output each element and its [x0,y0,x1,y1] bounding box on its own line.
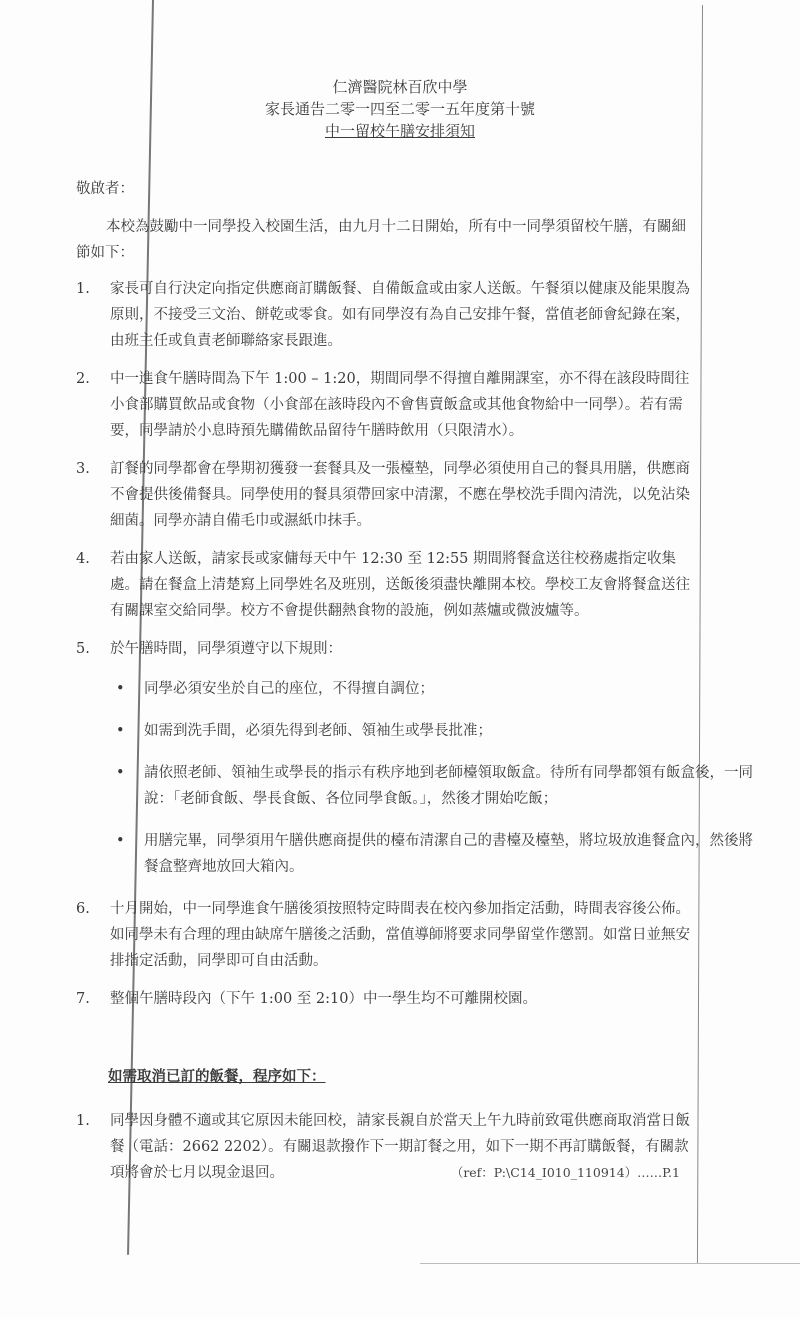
rule-text: 同學必須安坐於自己的座位，不得擅自調位； [144,681,434,697]
notice-title: 中一留校午膳安排須知 [0,120,800,142]
rule-item: •如需到洗手間，必須先得到老師、領袖生或學長批准； [82,718,766,744]
scan-line-bottom [420,1263,800,1264]
item-number: 7. [76,986,104,1012]
bullet-icon: • [116,718,125,744]
bullet-icon: • [116,676,125,702]
item-text: 若由家人送飯，請家長或家傭每天中午 12:30 至 12:55 期間將餐盒送往校… [110,551,690,619]
document-header: 仁濟醫院林百欣中學 家長通告二零一四至二零一五年度第十號 中一留校午膳安排須知 [0,76,800,142]
item-number: 5. [76,636,104,662]
cancel-section-title: 如需取消已訂的飯餐，程序如下： [108,1064,696,1090]
rules-list: •同學必須安坐於自己的座位，不得擅自調位； •如需到洗手間，必須先得到老師、領袖… [110,676,696,880]
item-number: 2. [76,366,104,392]
salutation: 敬啟者： [76,176,696,202]
bullet-icon: • [116,760,125,786]
list-item: 7.整個午膳時段內（下午 1:00 至 2:10）中一學生均不可離開校園。 [76,986,696,1012]
notice-number: 家長通告二零一四至二零一五年度第十號 [0,98,800,120]
item-number: 6. [76,896,104,922]
list-item: 4.若由家人送飯，請家長或家傭每天中午 12:30 至 12:55 期間將餐盒送… [76,546,696,624]
item-number: 1. [76,276,104,302]
list-item: 6.十月開始，中一同學進食午膳後須按照特定時間表在校內參加指定活動，時間表容後公… [76,896,696,974]
item-number: 3. [76,456,104,482]
item-text: 中一進食午膳時間為下午 1:00 – 1:20，期間同學不得擅自離開課室，亦不得… [110,371,689,439]
item-number: 4. [76,546,104,572]
footer-reference: （ref：P:\C14_I010_110914）……P.1 [451,1163,680,1181]
scan-line-right [697,5,703,1263]
rule-item: •同學必須安坐於自己的座位，不得擅自調位； [82,676,766,702]
item-text: 整個午膳時段內（下午 1:00 至 2:10）中一學生均不可離開校園。 [110,991,537,1007]
list-item: 5.於午膳時間，同學須遵守以下規則： •同學必須安坐於自己的座位，不得擅自調位；… [76,636,696,880]
list-item: 2.中一進食午膳時間為下午 1:00 – 1:20，期間同學不得擅自離開課室，亦… [76,366,696,444]
item-text: 十月開始，中一同學進食午膳後須按照特定時間表在校內參加指定活動，時間表容後公佈。… [110,901,690,969]
list-item: 1.家長可自行決定向指定供應商訂購飯餐、自備飯盒或由家人送飯。午餐須以健康及能果… [76,276,696,354]
rule-text: 如需到洗手間，必須先得到老師、領袖生或學長批准； [144,723,492,739]
arrangement-list: 1.家長可自行決定向指定供應商訂購飯餐、自備飯盒或由家人送飯。午餐須以健康及能果… [76,276,696,1012]
item-text: 家長可自行決定向指定供應商訂購飯餐、自備飯盒或由家人送飯。午餐須以健康及能果腹為… [110,281,690,349]
rule-item: •請依照老師、領袖生或學長的指示有秩序地到老師檯領取飯盒。待所有同學都領有飯盒後… [82,760,766,812]
item-text: 於午膳時間，同學須遵守以下規則： [110,641,342,657]
rule-text: 請依照老師、領袖生或學長的指示有秩序地到老師檯領取飯盒。待所有同學都領有飯盒後，… [144,765,753,807]
intro-paragraph: 本校為鼓勵中一同學投入校園生活，由九月十二日開始，所有中一同學須留校午膳，有關細… [76,214,696,266]
document-body: 敬啟者： 本校為鼓勵中一同學投入校園生活，由九月十二日開始，所有中一同學須留校午… [76,176,696,1198]
item-number: 1. [76,1108,104,1134]
rule-text: 用膳完畢，同學須用午膳供應商提供的檯布清潔自己的書檯及檯墊，將垃圾放進餐盒內，然… [144,833,753,875]
list-item: 3.訂餐的同學都會在學期初獲發一套餐具及一張檯墊，同學必須使用自己的餐具用膳，供… [76,456,696,534]
rule-item: •用膳完畢，同學須用午膳供應商提供的檯布清潔自己的書檯及檯墊，將垃圾放進餐盒內，… [82,828,766,880]
item-text: 訂餐的同學都會在學期初獲發一套餐具及一張檯墊，同學必須使用自己的餐具用膳，供應商… [110,461,690,529]
school-name: 仁濟醫院林百欣中學 [0,76,800,98]
bullet-icon: • [116,828,125,854]
